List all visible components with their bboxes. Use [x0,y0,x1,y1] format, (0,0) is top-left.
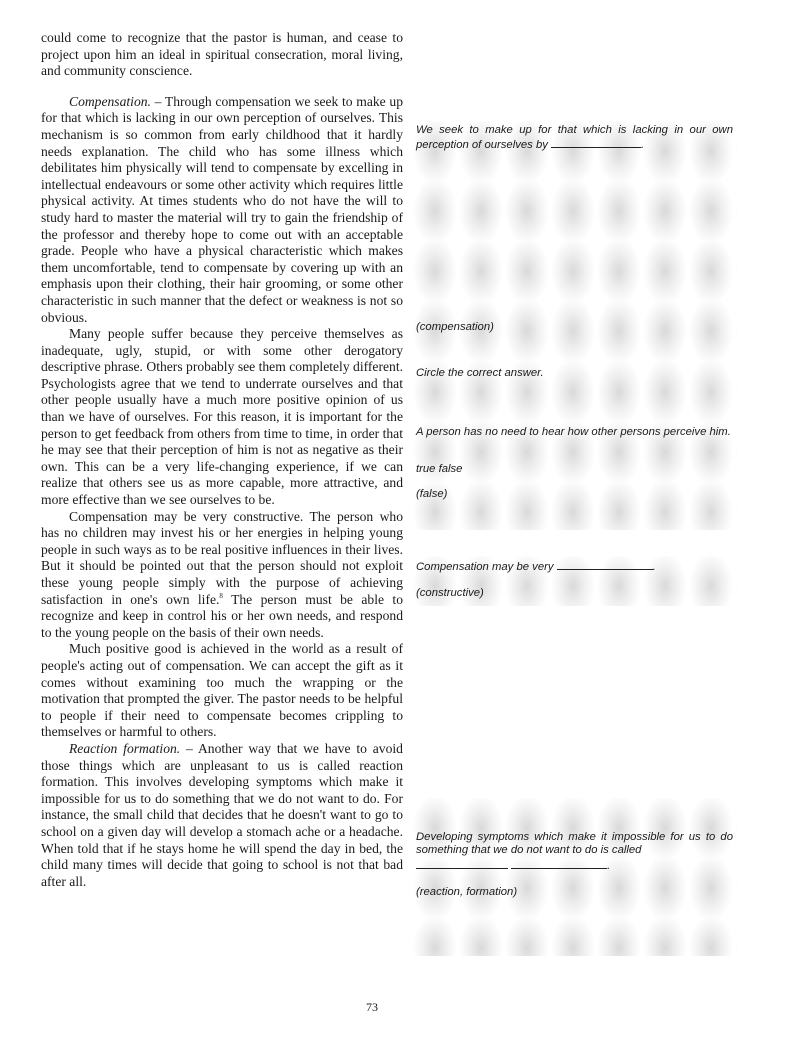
answer-blank [551,137,641,148]
answer-blank [416,858,508,869]
page-number: 73 [360,1000,384,1015]
frame-answer: (reaction, formation) [416,886,517,899]
frame-answer: (compensation) [416,321,494,334]
paragraph-constructive: Compensation may be very constructive. T… [41,509,403,642]
frame-question: We seek to make up for that which is lac… [416,124,733,152]
answer-blank [511,858,607,869]
frame-instruction: Circle the correct answer. [416,367,733,380]
main-text-column: could come to recognize that the pastor … [41,30,403,890]
paragraph-text: – Another way that we have to avoid thos… [41,741,403,889]
paragraph-continuation: could come to recognize that the pastor … [41,30,403,80]
frame-answer: (constructive) [416,587,484,600]
frame-answer: (false) [416,488,447,501]
term-reaction-formation: Reaction formation. [69,741,180,756]
term-compensation: Compensation. [69,94,151,109]
study-frame-1: We seek to make up for that which is lac… [412,121,737,369]
answer-blank [557,559,653,570]
frame-question: Developing symptoms which make it imposs… [416,831,733,857]
frame-options: true false [416,463,462,476]
paragraph-self-perception: Many people suffer because they perceive… [41,326,403,509]
question-text: Compensation may be very [416,561,554,573]
paragraph-reaction-formation: Reaction formation. – Another way that w… [41,741,403,890]
document-page: could come to recognize that the pastor … [0,0,799,1062]
study-frame-4: Developing symptoms which make it imposs… [412,798,737,956]
paragraph-text: – Through compensation we seek to make u… [41,94,403,325]
paragraph-compensation: Compensation. – Through compensation we … [41,94,403,326]
study-frame-3: Compensation may be very . (constructive… [412,556,737,606]
frame-question: Compensation may be very . [416,559,733,574]
study-frame-2: Circle the correct answer. A person has … [412,362,737,530]
paragraph-positive-good: Much positive good is achieved in the wo… [41,641,403,741]
frame-question: A person has no need to hear how other p… [416,426,733,439]
answer-blanks: . [416,858,610,873]
